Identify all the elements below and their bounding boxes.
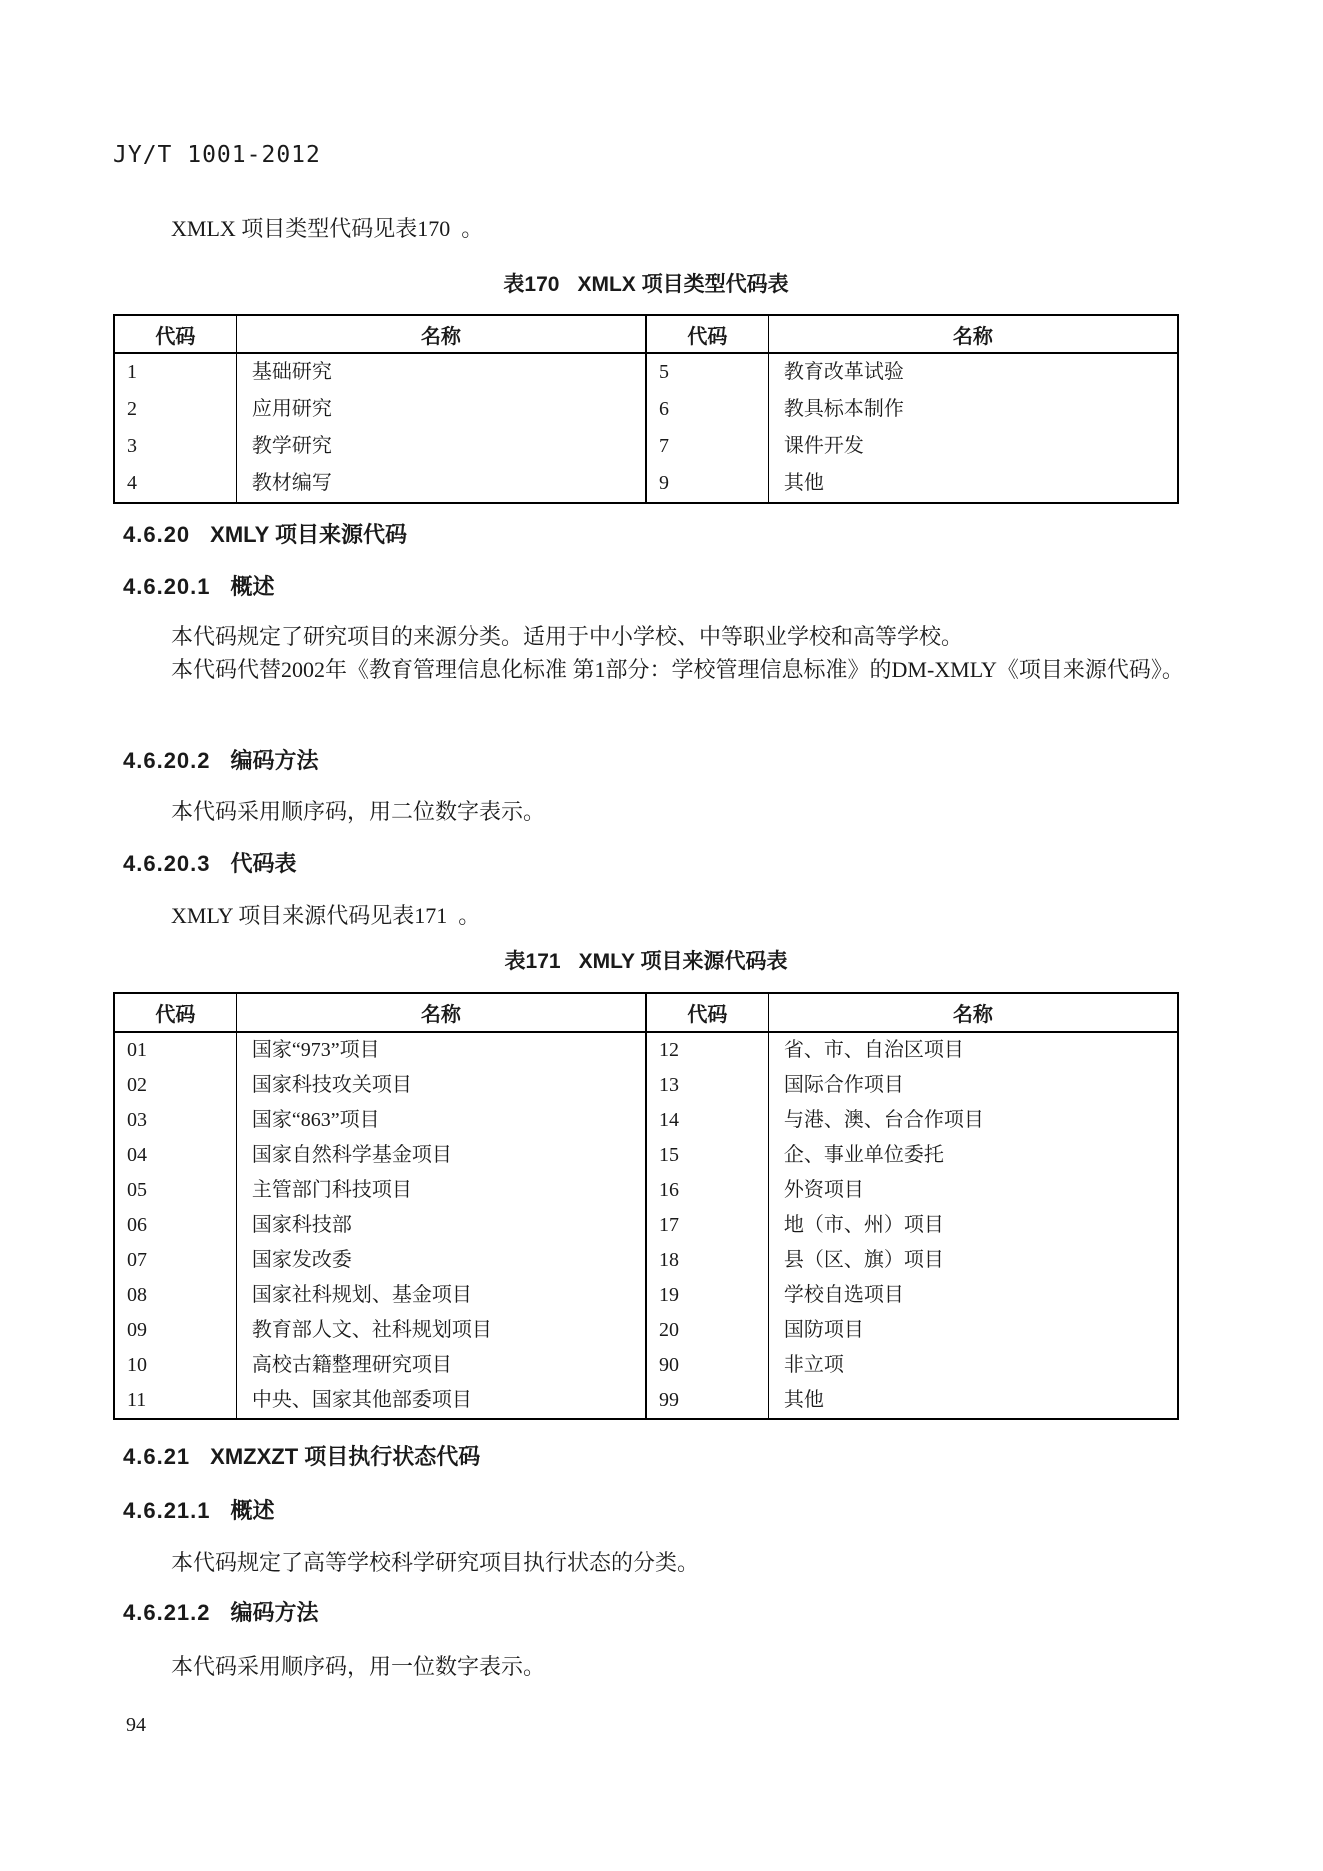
code-cell: 17 (646, 1208, 768, 1243)
name-cell: 教育改革试验 (768, 353, 1178, 391)
name-cell: 高校古籍整理研究项目 (236, 1348, 646, 1383)
table171-number: 表171 (505, 950, 561, 973)
section-number: 4.6.21.1 (123, 1498, 211, 1523)
section-title: 编码方法 (231, 748, 319, 773)
name-cell: 主管部门科技项目 (236, 1173, 646, 1208)
name-cell: 国家社科规划、基金项目 (236, 1278, 646, 1313)
table-row: 08国家社科规划、基金项目19学校自选项目 (114, 1278, 1178, 1313)
name-cell: 教学研究 (236, 428, 646, 465)
code-cell: 16 (646, 1173, 768, 1208)
code-cell: 03 (114, 1103, 236, 1138)
name-cell: 课件开发 (768, 428, 1178, 465)
name-cell: 与港、澳、台合作项目 (768, 1103, 1178, 1138)
table-row: 07国家发改委18县（区、旗）项目 (114, 1243, 1178, 1278)
table-row: 2应用研究6教具标本制作 (114, 391, 1178, 428)
section-heading-4-6-21-1: 4.6.21.1概述 (123, 1494, 275, 1525)
section-heading-4-6-21-2: 4.6.21.2编码方法 (123, 1596, 319, 1627)
name-cell: 企、事业单位委托 (768, 1138, 1178, 1173)
table-row: 3教学研究7课件开发 (114, 428, 1178, 465)
code-cell: 06 (114, 1208, 236, 1243)
code-cell: 07 (114, 1243, 236, 1278)
name-cell: 国家“973”项目 (236, 1032, 646, 1068)
name-cell: 非立项 (768, 1348, 1178, 1383)
table171-caption: XMLY 项目来源代码表 (579, 950, 788, 973)
table-header-row: 代码 名称 代码 名称 (114, 315, 1178, 353)
section-title: 概述 (231, 1498, 275, 1523)
column-header-code: 代码 (114, 993, 236, 1032)
table170-number: 表170 (503, 273, 559, 296)
column-header-code: 代码 (646, 993, 768, 1032)
table-row: 11中央、国家其他部委项目99其他 (114, 1383, 1178, 1419)
name-cell: 教材编写 (236, 465, 646, 503)
section-number: 4.6.20.2 (123, 748, 211, 773)
code-cell: 1 (114, 353, 236, 391)
section-heading-4-6-20-2: 4.6.20.2编码方法 (123, 744, 319, 775)
table170-title: 表170XMLX 项目类型代码表 (113, 268, 1179, 298)
section-title: XMZXZT 项目执行状态代码 (210, 1444, 480, 1469)
paragraph-overview-2: 本代码代替2002年《教育管理信息化标准 第1部分：学校管理信息标准》的DM-X… (113, 653, 1191, 687)
name-cell: 中央、国家其他部委项目 (236, 1383, 646, 1419)
code-cell: 13 (646, 1068, 768, 1103)
section-title: XMLY 项目来源代码 (210, 522, 407, 547)
table-row: 02国家科技攻关项目13国际合作项目 (114, 1068, 1178, 1103)
name-cell: 国防项目 (768, 1313, 1178, 1348)
name-cell: 学校自选项目 (768, 1278, 1178, 1313)
code-cell: 20 (646, 1313, 768, 1348)
name-cell: 国家发改委 (236, 1243, 646, 1278)
section-number: 4.6.21 (123, 1444, 190, 1469)
paragraph-encoding-method-171: 本代码采用顺序码，用一位数字表示。 (113, 1650, 1191, 1684)
section-heading-4-6-20: 4.6.20XMLY 项目来源代码 (123, 518, 407, 549)
column-header-name: 名称 (236, 315, 646, 353)
section-title: 编码方法 (231, 1600, 319, 1625)
code-cell: 90 (646, 1348, 768, 1383)
code-cell: 18 (646, 1243, 768, 1278)
name-cell: 外资项目 (768, 1173, 1178, 1208)
code-cell: 10 (114, 1348, 236, 1383)
section-title: 代码表 (231, 851, 297, 876)
section-heading-4-6-20-1: 4.6.20.1概述 (123, 570, 275, 601)
name-cell: 教育部人文、社科规划项目 (236, 1313, 646, 1348)
code-cell: 09 (114, 1313, 236, 1348)
name-cell: 国家科技攻关项目 (236, 1068, 646, 1103)
code-cell: 04 (114, 1138, 236, 1173)
table170-caption: XMLX 项目类型代码表 (577, 273, 788, 296)
table-row: 1基础研究5教育改革试验 (114, 353, 1178, 391)
code-cell: 9 (646, 465, 768, 503)
code-cell: 5 (646, 353, 768, 391)
column-header-name: 名称 (768, 993, 1178, 1032)
code-cell: 11 (114, 1383, 236, 1419)
code-cell: 19 (646, 1278, 768, 1313)
code-cell: 08 (114, 1278, 236, 1313)
code-cell: 6 (646, 391, 768, 428)
name-cell: 国家自然科学基金项目 (236, 1138, 646, 1173)
table-row: 06国家科技部17地（市、州）项目 (114, 1208, 1178, 1243)
table170-intro-text: XMLX 项目类型代码见表170 。 (113, 212, 1261, 243)
paragraph-encoding-method-170: 本代码采用顺序码，用二位数字表示。 (113, 795, 1191, 829)
code-cell: 01 (114, 1032, 236, 1068)
page-number: 94 (126, 1714, 146, 1737)
table-header-row: 代码 名称 代码 名称 (114, 993, 1178, 1032)
table-row: 05主管部门科技项目16外资项目 (114, 1173, 1178, 1208)
column-header-code: 代码 (646, 315, 768, 353)
code-cell: 2 (114, 391, 236, 428)
table-row: 10高校古籍整理研究项目90非立项 (114, 1348, 1178, 1383)
table-row: 03国家“863”项目14与港、澳、台合作项目 (114, 1103, 1178, 1138)
table-row: 09教育部人文、社科规划项目20国防项目 (114, 1313, 1178, 1348)
code-cell: 14 (646, 1103, 768, 1138)
section-number: 4.6.20 (123, 522, 190, 547)
section-number: 4.6.20.1 (123, 574, 211, 599)
name-cell: 基础研究 (236, 353, 646, 391)
section-title: 概述 (231, 574, 275, 599)
table-row: 04国家自然科学基金项目15企、事业单位委托 (114, 1138, 1178, 1173)
name-cell: 省、市、自治区项目 (768, 1032, 1178, 1068)
code-cell: 99 (646, 1383, 768, 1419)
section-number: 4.6.21.2 (123, 1600, 211, 1625)
code-cell: 7 (646, 428, 768, 465)
section-heading-4-6-20-3: 4.6.20.3代码表 (123, 847, 297, 878)
document-page: JY/T 1001-2012 XMLX 项目类型代码见表170 。 表170XM… (0, 0, 1323, 1871)
table-170: 代码 名称 代码 名称 1基础研究5教育改革试验2应用研究6教具标本制作3教学研… (113, 314, 1179, 504)
name-cell: 教具标本制作 (768, 391, 1178, 428)
document-code-header: JY/T 1001-2012 (113, 142, 321, 168)
table171-intro-text: XMLY 项目来源代码见表171 。 (113, 899, 1261, 930)
name-cell: 国家科技部 (236, 1208, 646, 1243)
section-heading-4-6-21: 4.6.21XMZXZT 项目执行状态代码 (123, 1440, 480, 1471)
table171-title: 表171XMLY 项目来源代码表 (113, 945, 1179, 975)
name-cell: 其他 (768, 1383, 1178, 1419)
name-cell: 国际合作项目 (768, 1068, 1178, 1103)
section-number: 4.6.20.3 (123, 851, 211, 876)
table-row: 4教材编写9其他 (114, 465, 1178, 503)
name-cell: 县（区、旗）项目 (768, 1243, 1178, 1278)
column-header-name: 名称 (768, 315, 1178, 353)
column-header-name: 名称 (236, 993, 646, 1032)
code-cell: 05 (114, 1173, 236, 1208)
name-cell: 其他 (768, 465, 1178, 503)
code-cell: 4 (114, 465, 236, 503)
name-cell: 应用研究 (236, 391, 646, 428)
code-cell: 3 (114, 428, 236, 465)
table-row: 01国家“973”项目12省、市、自治区项目 (114, 1032, 1178, 1068)
code-cell: 02 (114, 1068, 236, 1103)
name-cell: 地（市、州）项目 (768, 1208, 1178, 1243)
name-cell: 国家“863”项目 (236, 1103, 646, 1138)
code-cell: 12 (646, 1032, 768, 1068)
paragraph-status-overview: 本代码规定了高等学校科学研究项目执行状态的分类。 (113, 1546, 1191, 1580)
code-cell: 15 (646, 1138, 768, 1173)
column-header-code: 代码 (114, 315, 236, 353)
table-171: 代码 名称 代码 名称 01国家“973”项目12省、市、自治区项目02国家科技… (113, 992, 1179, 1420)
paragraph-overview-1: 本代码规定了研究项目的来源分类。适用于中小学校、中等职业学校和高等学校。 (113, 620, 1191, 654)
